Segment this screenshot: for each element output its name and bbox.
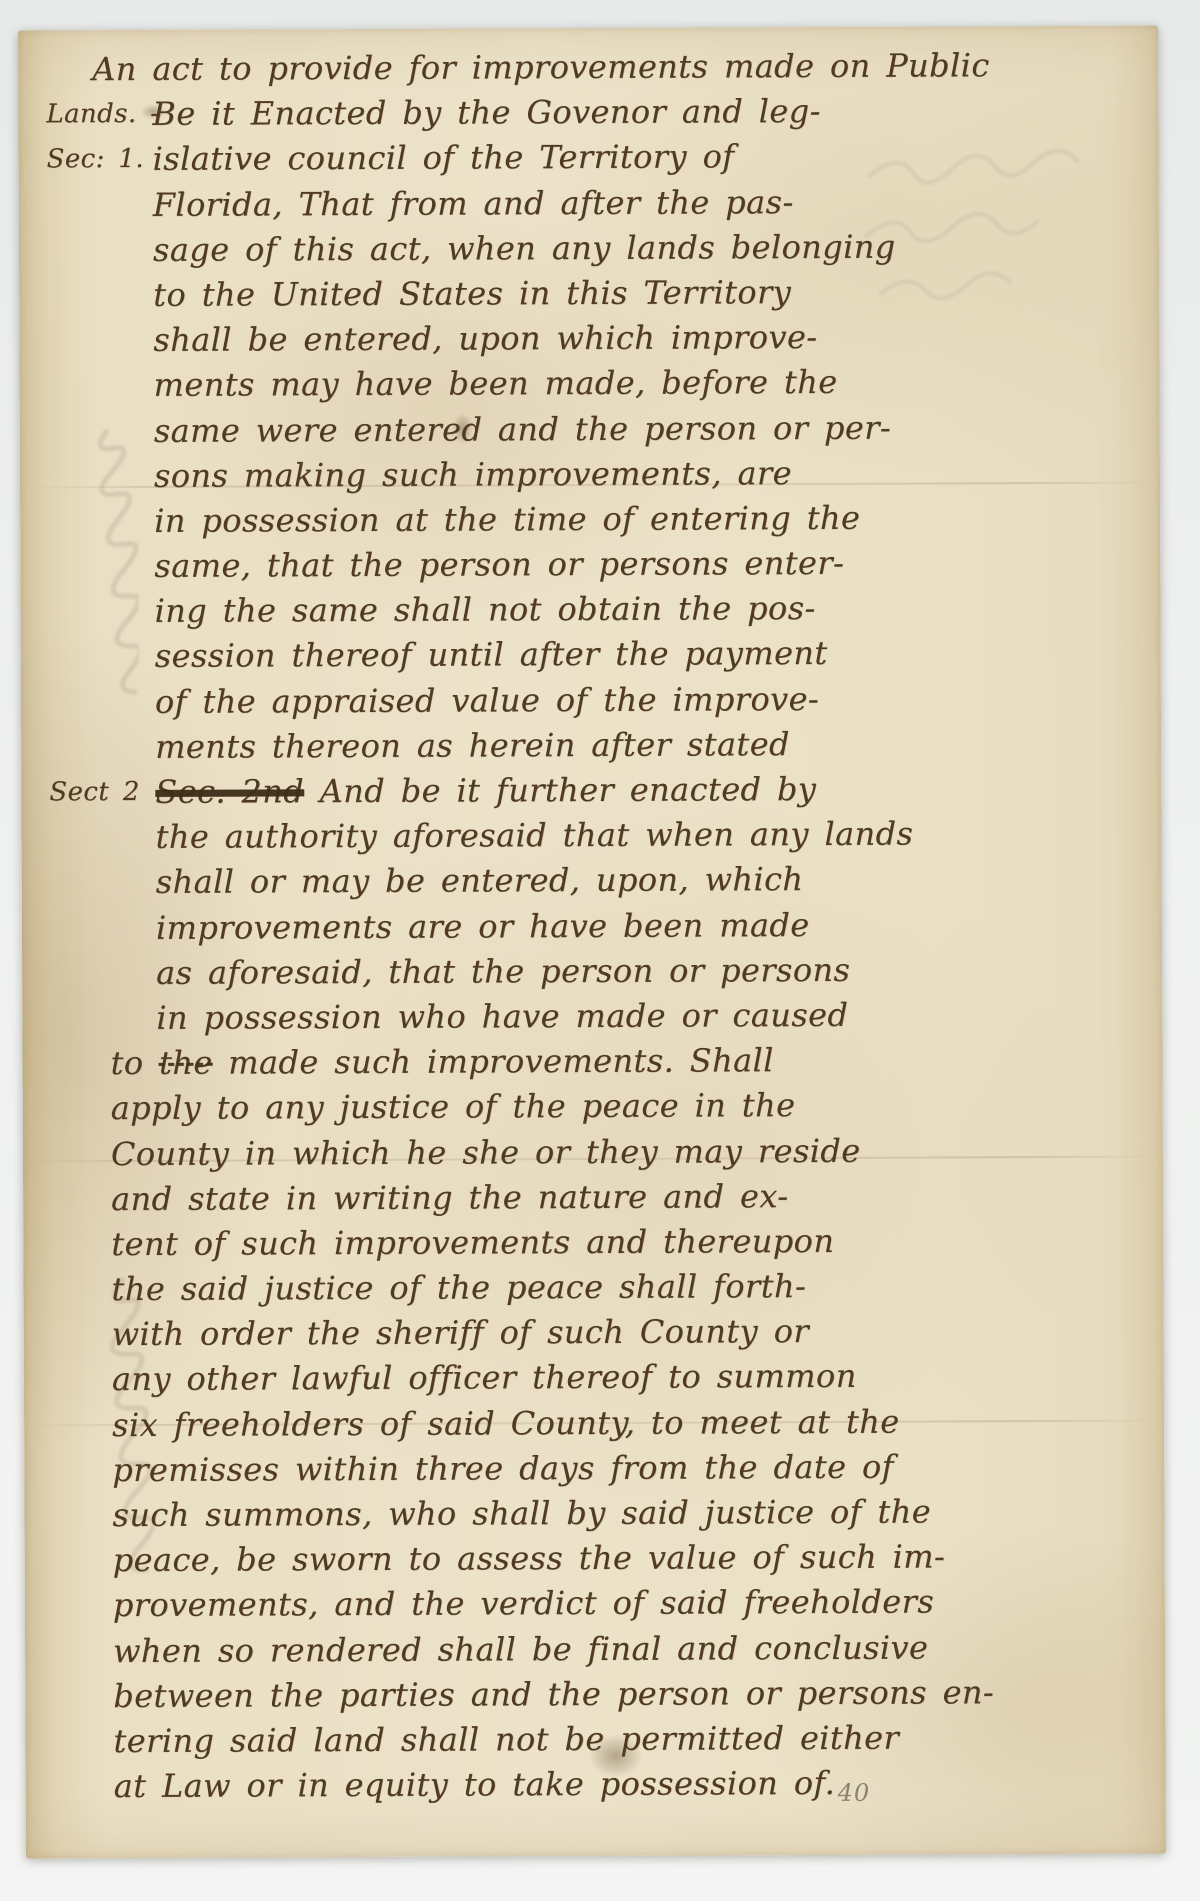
handwritten-text: premisses within three days from the dat… [112,1444,894,1493]
manuscript-line: with order the sheriff of such County or [40,1307,1138,1357]
manuscript-line: the authority aforesaid that when any la… [37,810,1135,860]
handwritten-text: apply to any justice of the peace in the [111,1082,796,1131]
manuscript-line: same, that the person or persons enter- [36,539,1134,589]
manuscript-line: of the appraised value of the improve- [37,674,1135,724]
manuscript-line: the said justice of the peace shall fort… [39,1262,1137,1312]
handwritten-text: the said justice of the peace shall fort… [111,1263,806,1312]
handwritten-text: sons making such improvements, are [154,450,792,499]
scan-background: An act to provide for improvements made … [0,0,1200,1901]
manuscript-line: when so rendered shall be final and conc… [41,1623,1139,1673]
struck-out-text: Sec. 2nd [155,772,304,811]
manuscript-line: ing the same shall not obtain the pos- [36,584,1134,634]
manuscript-line: improvements are or have been made [38,900,1136,950]
handwritten-text: County in which he she or they may resid… [111,1127,861,1176]
manuscript-line: session thereof until after the payment [37,629,1135,679]
manuscript-line: ments may have been made, before the [35,358,1133,408]
handwritten-text: to the made such improvements. Shall [110,1037,773,1086]
manuscript-line: as aforesaid, that the person or persons [38,945,1136,995]
margin-note: Sec: 1. [46,136,144,182]
handwritten-text: in possession at the time of entering th… [154,495,860,544]
manuscript-line: peace, be sworn to assess the value of s… [41,1533,1139,1583]
handwritten-text: same were entered and the person or per- [154,404,891,453]
manuscript-paper-sheet: An act to provide for improvements made … [18,26,1166,1859]
manuscript-line: An act to provide for improvements made … [34,42,1132,92]
manuscript-lines: An act to provide for improvements made … [34,42,1140,1809]
handwritten-text: such summons, who shall by said justice … [112,1489,931,1539]
manuscript-line: in possession at the time of entering th… [36,494,1134,544]
handwritten-text: provements, and the verdict of said free… [113,1579,934,1629]
handwritten-text: shall or may be entered, upon, which [156,856,804,905]
manuscript-line: ments thereon as herein after stated [37,719,1135,769]
handwritten-text: Florida, That from and after the pas- [153,179,794,228]
manuscript-line: tent of such improvements and thereupon [39,1216,1137,1266]
manuscript-line: Lands. -Be it Enacted by the Govenor and… [34,87,1132,137]
handwritten-text: shall be entered, upon which improve- [153,314,817,363]
handwritten-text: of the appraised value of the improve- [155,676,819,725]
handwritten-text: same, that the person or persons enter- [154,540,844,589]
manuscript-line: Sec: 1.islative council of the Territory… [34,132,1132,182]
manuscript-line: to the made such improvements. Shall [38,1036,1136,1086]
handwritten-text: in possession who have made or caused [156,992,848,1041]
handwritten-text: and state in writing the nature and ex- [111,1173,788,1222]
handwritten-text: session thereof until after the payment [155,630,828,679]
manuscript-line: apply to any justice of the peace in the [39,1081,1137,1131]
handwritten-text: ments thereon as herein after stated [155,721,790,770]
manuscript-line: between the parties and the person or pe… [41,1668,1139,1718]
handwritten-text: when so rendered shall be final and conc… [113,1624,928,1674]
handwritten-text: to the United States in this Territory [153,269,791,318]
manuscript-line: County in which he she or they may resid… [39,1126,1137,1176]
manuscript-line: tering said land shall not be permitted … [41,1714,1139,1764]
handwritten-text: the authority aforesaid that when any la… [155,811,913,860]
manuscript-line: Sect 2Sec. 2nd And be it further enacted… [37,765,1135,815]
page-number: 40 [838,1779,871,1807]
handwritten-text: improvements are or have been made [156,902,810,951]
handwritten-text: with order the sheriff of such County or [112,1308,810,1357]
manuscript-line: Florida, That from and after the pas- [35,177,1133,227]
handwritten-text: between the parties and the person or pe… [113,1669,994,1719]
manuscript-line: provements, and the verdict of said free… [41,1578,1139,1628]
manuscript-line: six freeholders of said County, to meet … [40,1397,1138,1447]
handwritten-text: as aforesaid, that the person or persons [156,947,850,996]
handwritten-text: tent of such improvements and thereupon [111,1218,834,1267]
manuscript-line: at Law or in equity to take possession o… [42,1759,1140,1809]
manuscript-line: such summons, who shall by said justice … [40,1488,1138,1538]
handwritten-text: An act to provide for improvements made … [92,42,990,92]
handwritten-text: at Law or in equity to take possession o… [114,1760,836,1809]
handwritten-text: six freeholders of said County, to meet … [112,1398,900,1447]
margin-note: Lands. - [46,91,159,137]
handwritten-text: sage of this act, when any lands belongi… [153,223,896,272]
handwritten-text: ments may have been made, before the [153,359,837,408]
handwritten-text: peace, be sworn to assess the value of s… [113,1534,946,1584]
handwritten-text: any other lawful officer thereof to summ… [112,1353,857,1402]
manuscript-line: shall or may be entered, upon, which [38,855,1136,905]
manuscript-line: sons making such improvements, are [36,448,1134,498]
handwritten-text: Sec. 2nd And be it further enacted by [155,766,816,815]
handwritten-text: Be it Enacted by the Govenor and leg- [152,88,821,137]
manuscript-line: any other lawful officer thereof to summ… [40,1352,1138,1402]
handwritten-text: ing the same shall not obtain the pos- [154,585,815,634]
manuscript-line: and state in writing the nature and ex- [39,1171,1137,1221]
handwritten-text: tering said land shall not be permitted … [113,1715,899,1764]
margin-note: Sect 2 [49,769,140,815]
manuscript-line: shall be entered, upon which improve- [35,313,1133,363]
struck-out-text: the [159,1044,213,1082]
manuscript-line: in possession who have made or caused [38,991,1136,1041]
manuscript-line: premisses within three days from the dat… [40,1442,1138,1492]
manuscript-line: to the United States in this Territory [35,268,1133,318]
manuscript-line: same were entered and the person or per- [36,403,1134,453]
manuscript-line: sage of this act, when any lands belongi… [35,222,1133,272]
handwritten-text: islative council of the Territory of [152,134,734,183]
